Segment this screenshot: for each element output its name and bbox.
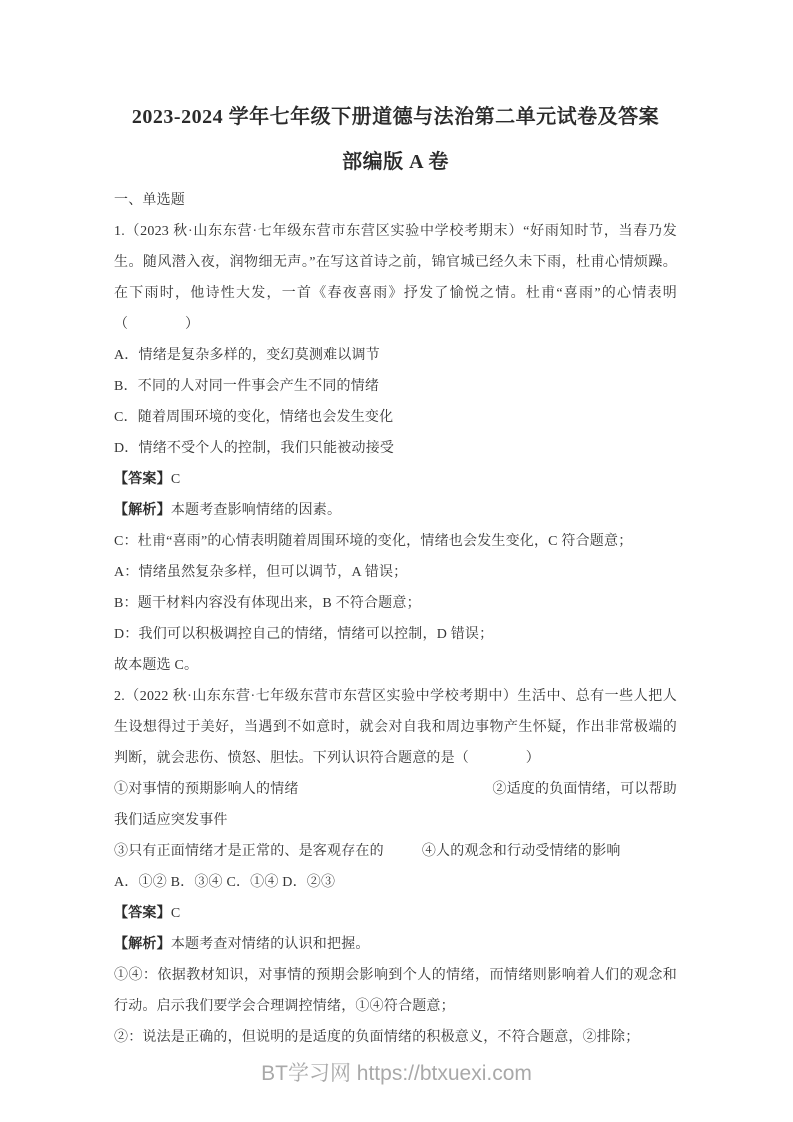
exam-document-page: 2023-2024 学年七年级下册道德与法治第二单元试卷及答案 部编版 A 卷 … [0, 0, 793, 1122]
question-1-option-c: C．随着周围环境的变化，情绪也会发生变化 [114, 402, 677, 433]
question-2-statement-3: ③只有正面情绪才是正常的、是客观存在的 [114, 836, 384, 867]
question-1-analysis-line: A：情绪虽然复杂多样，但可以调节，A 错误； [114, 557, 677, 588]
question-2-analysis-label: 【解析】 [114, 937, 171, 952]
question-2-statements-row2: ③只有正面情绪才是正常的、是客观存在的 ④人的观念和行动受情绪的影响 [114, 836, 677, 867]
question-1-option-d: D．情绪不受个人的控制，我们只能被动接受 [114, 433, 677, 464]
watermark-link[interactable]: BT学习网 https://btxuexi.com [261, 1062, 532, 1085]
question-1-analysis-line: D：我们可以积极调控自己的情绪，情绪可以控制，D 错误； [114, 619, 677, 650]
question-1-option-a: A．情绪是复杂多样的，变幻莫测难以调节 [114, 340, 677, 371]
question-2-answer-value: C [171, 906, 181, 921]
question-2-statement-4: ④人的观念和行动受情绪的影响 [422, 836, 621, 867]
question-1-analysis-line: C：杜甫“喜雨”的心情表明随着周围环境的变化，情绪也会发生变化，C 符合题意； [114, 526, 677, 557]
document-title-line1: 2023-2024 学年七年级下册道德与法治第二单元试卷及答案 [114, 95, 677, 140]
question-2-options-line: A．①② B．③④ C．①④ D．②③ [114, 867, 677, 898]
section-heading: 一、单选题 [114, 185, 677, 216]
question-1-stem: 1.（2023 秋·山东东营·七年级东营市东营区实验中学校考期末）“好雨知时节，… [114, 216, 677, 340]
question-2-statement-1: ①对事情的预期影响人的情绪 [114, 774, 299, 805]
question-1-analysis-intro: 本题考查影响情绪的因素。 [171, 503, 341, 518]
question-1-analysis-line: B：题干材料内容没有体现出来，B 不符合题意； [114, 588, 677, 619]
question-2: 2.（2022 秋·山东东营·七年级东营市东营区实验中学校考期中）生活中、总有一… [114, 681, 677, 1053]
question-2-statements-row1: ①对事情的预期影响人的情绪 ②适度的负面情绪，可以帮助 [114, 774, 677, 805]
question-2-analysis-intro: 本题考查对情绪的认识和把握。 [171, 937, 370, 952]
document-title-line2: 部编版 A 卷 [114, 140, 677, 185]
question-2-answer-label: 【答案】 [114, 906, 171, 921]
question-1-analysis-heading: 【解析】本题考查影响情绪的因素。 [114, 495, 677, 526]
question-1-answer-line: 【答案】C [114, 464, 677, 495]
question-1-answer-label: 【答案】 [114, 472, 171, 487]
question-2-analysis-heading: 【解析】本题考查对情绪的认识和把握。 [114, 929, 677, 960]
question-1: 1.（2023 秋·山东东营·七年级东营市东营区实验中学校考期末）“好雨知时节，… [114, 216, 677, 681]
question-1-answer-value: C [171, 472, 181, 487]
watermark: BT学习网 https://btxuexi.com [0, 1057, 793, 1087]
question-1-analysis-label: 【解析】 [114, 503, 171, 518]
question-2-analysis-line: ②：说法是正确的，但说明的是适度的负面情绪的积极意义，不符合题意，②排除； [114, 1022, 677, 1053]
question-1-analysis-conclusion: 故本题选 C。 [114, 650, 677, 681]
question-2-stem: 2.（2022 秋·山东东营·七年级东营市东营区实验中学校考期中）生活中、总有一… [114, 681, 677, 774]
question-2-analysis-line: ①④：依据教材知识，对事情的预期会影响到个人的情绪，而情绪则影响着人们的观念和行… [114, 960, 677, 1022]
question-2-statement-2-continued: 我们适应突发事件 [114, 805, 677, 836]
question-1-option-b: B．不同的人对同一件事会产生不同的情绪 [114, 371, 677, 402]
question-2-statement-2: ②适度的负面情绪，可以帮助 [492, 774, 677, 805]
question-2-answer-line: 【答案】C [114, 898, 677, 929]
